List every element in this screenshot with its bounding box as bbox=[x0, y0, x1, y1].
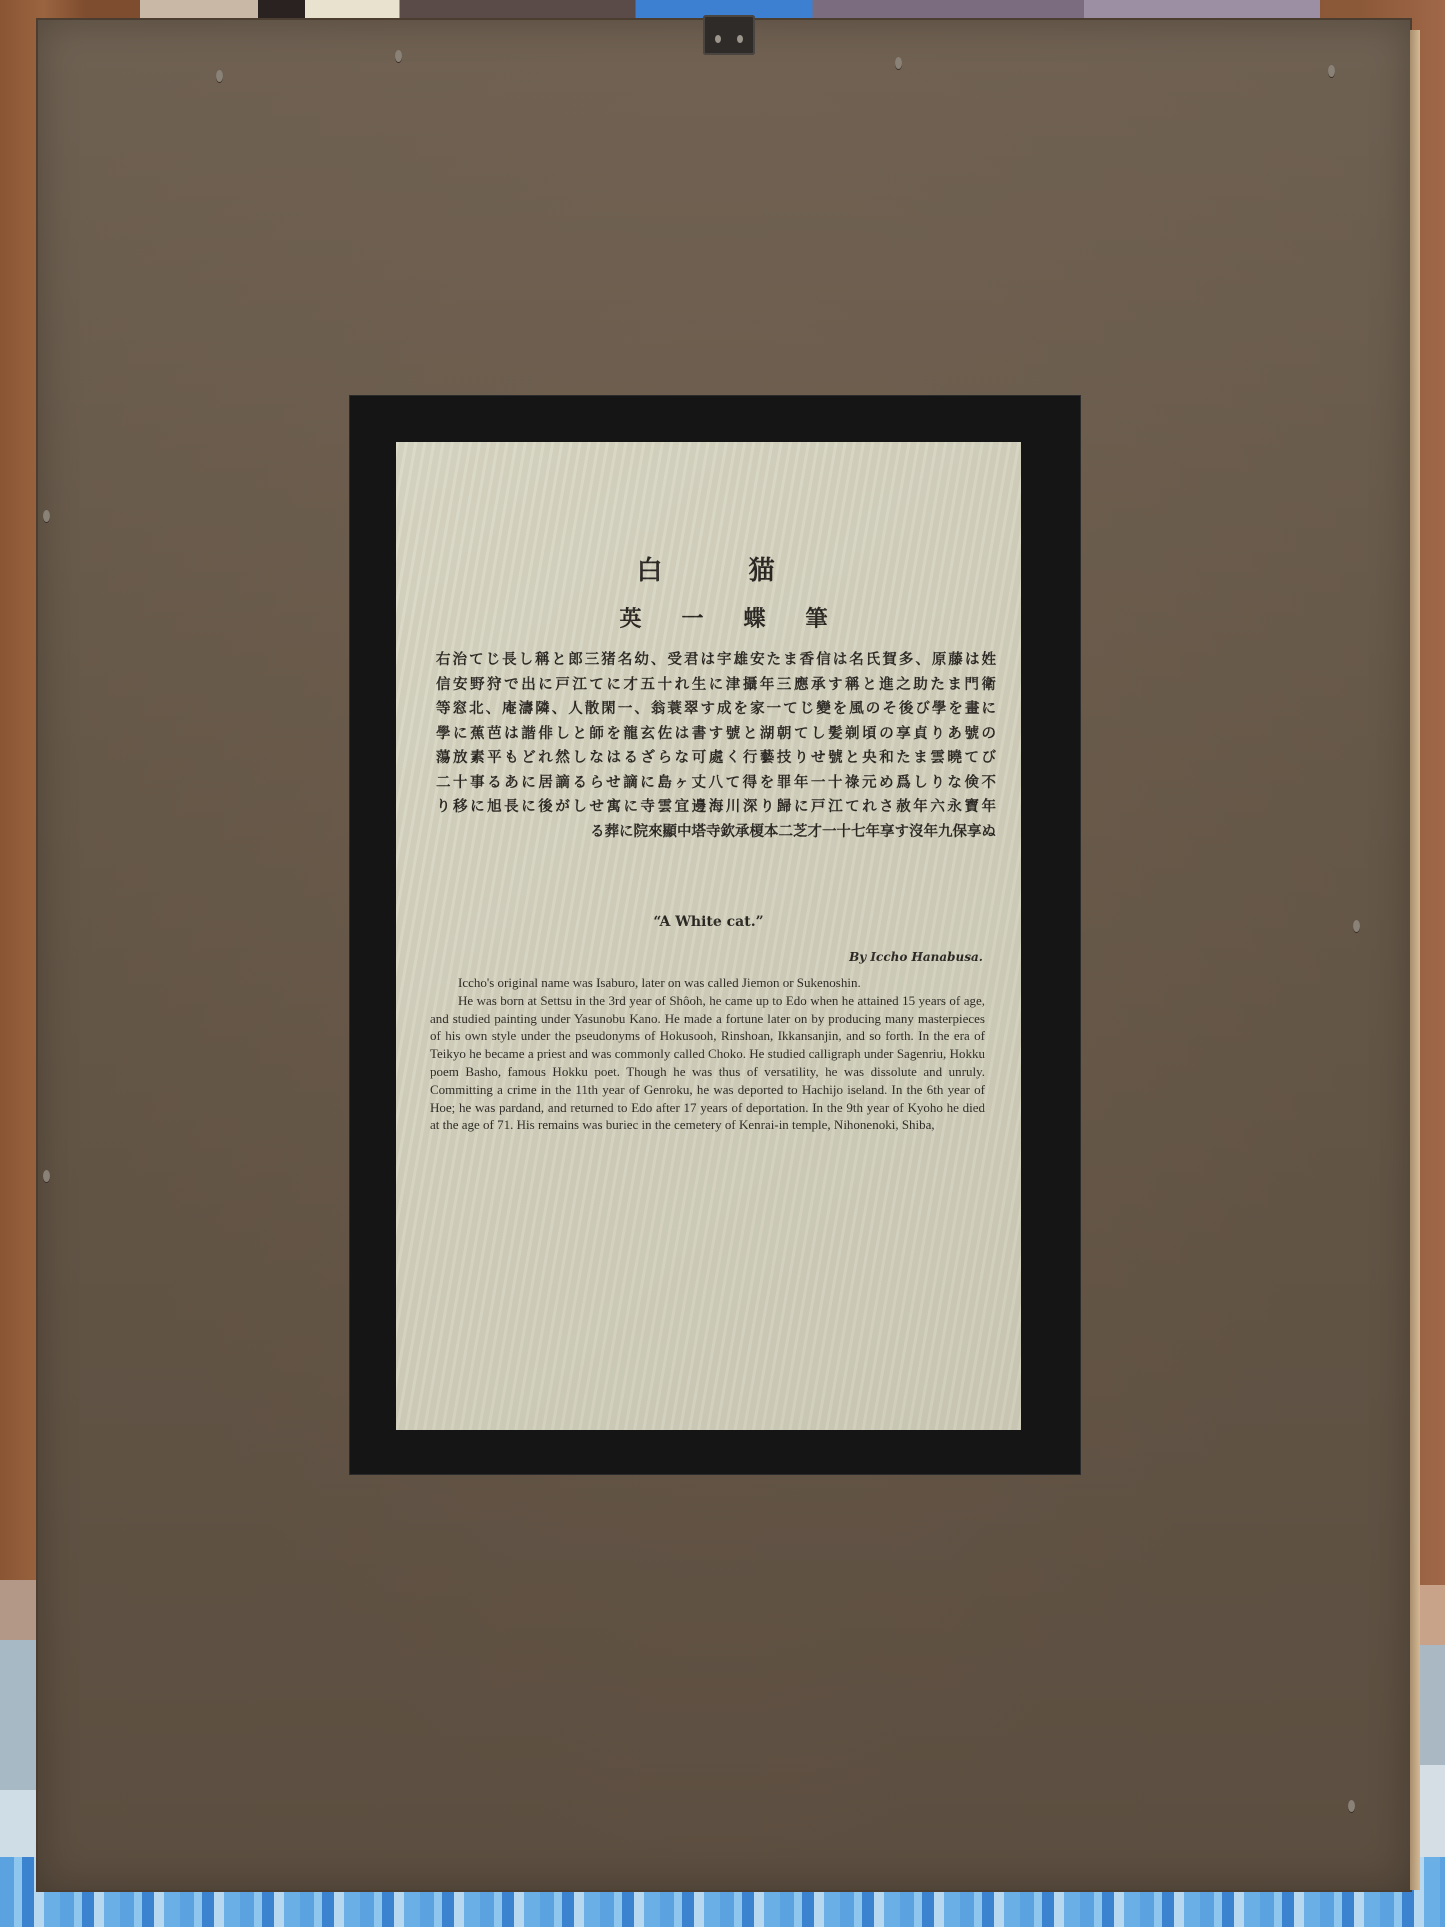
nail-icon bbox=[1328, 65, 1335, 77]
japanese-line: る葬に院來顯中塔寺欽承榎本二芝才一十七年享す沒年九保享ぬ bbox=[436, 820, 996, 845]
nail-icon bbox=[1348, 1800, 1355, 1812]
english-paragraph: Iccho's original name was Isaburo, later… bbox=[430, 974, 985, 992]
nail-icon bbox=[395, 50, 402, 62]
nail-icon bbox=[895, 57, 902, 69]
nail-icon bbox=[216, 70, 223, 82]
japanese-line: り移に旭長に後がしせ寓に寺雲宜邊海川深り歸に戸江てれさ赦年六永寶年 bbox=[436, 795, 996, 820]
paper-label: 白猫 英一蝶筆 右治てじ長し稱と郎三猪名幼、受君は宇雄安たま香信は名氏賀多、原藤… bbox=[396, 442, 1021, 1430]
english-byline: By Iccho Hanabusa. bbox=[849, 950, 983, 964]
frame-side-edge bbox=[1410, 30, 1420, 1890]
japanese-line: 右治てじ長し稱と郎三猪名幼、受君は宇雄安たま香信は名氏賀多、原藤は姓 bbox=[436, 648, 996, 673]
japanese-line: 信安野狩で出に戸江てに才五十れ生に津攝年三應承す稱と進之助たま門衛 bbox=[436, 673, 996, 698]
english-title: “A White cat.” bbox=[396, 914, 1021, 930]
japanese-line: 等窓北、庵濤隣、人散閑一、翁蓑翠す成を家一てじ變を風のそ後び學を畫に bbox=[436, 697, 996, 722]
english-paragraph: He was born at Settsu in the 3rd year of… bbox=[430, 992, 985, 1134]
japanese-title: 白猫 bbox=[396, 550, 1021, 587]
nail-icon bbox=[43, 510, 50, 522]
english-biography: Iccho's original name was Isaburo, later… bbox=[430, 974, 985, 1134]
japanese-line: 學に蕉芭は諧俳しと師を龍玄佐は書す號と湖朝てし髪剃頃の享貞りあ號の bbox=[436, 722, 996, 747]
japanese-author: 英一蝶筆 bbox=[396, 602, 1021, 633]
nail-icon bbox=[43, 1170, 50, 1182]
japanese-biography: 右治てじ長し稱と郎三猪名幼、受君は宇雄安たま香信は名氏賀多、原藤は姓 信安野狩で… bbox=[436, 648, 996, 844]
black-tape-border: 白猫 英一蝶筆 右治てじ長し稱と郎三猪名幼、受君は宇雄安たま香信は名氏賀多、原藤… bbox=[350, 396, 1080, 1474]
hanging-bracket-icon bbox=[703, 15, 755, 55]
nail-icon bbox=[1353, 920, 1360, 932]
japanese-line: 二十事るあに居謫るらせ謫に島ヶ丈八て得を罪年一十祿元め爲しりな倹不 bbox=[436, 771, 996, 796]
japanese-line: 蕩放素平もどれ然しなはるざらな可處く行藝技りせ號と央和たま雲曉てび bbox=[436, 746, 996, 771]
